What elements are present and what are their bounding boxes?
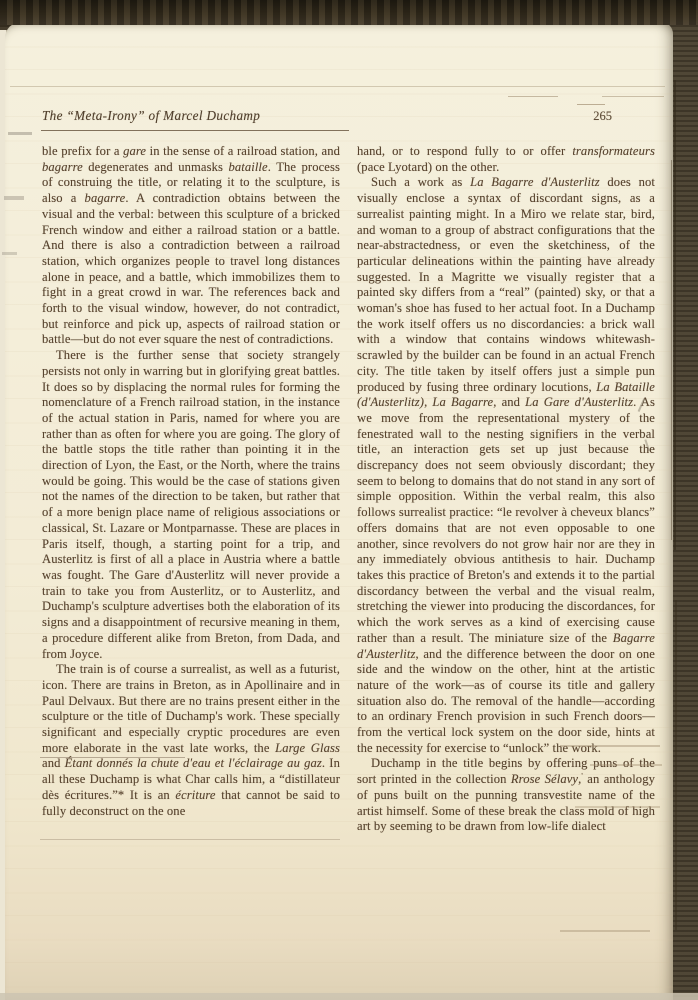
left-column: ble prefix for a gare in the sense of a … bbox=[42, 144, 340, 835]
page-edge-line bbox=[671, 160, 672, 540]
page-edge-line bbox=[674, 80, 676, 550]
paragraph: Such a work as La Bagarre d'Austerlitz d… bbox=[357, 175, 655, 756]
paragraph: hand, or to respond fully to or offer tr… bbox=[357, 144, 655, 175]
text-body: ble prefix for a gare in the sense of a … bbox=[42, 144, 655, 835]
page-number: 265 bbox=[593, 109, 612, 124]
paragraph: There is the further sense that society … bbox=[42, 348, 340, 662]
right-column: hand, or to respond fully to or offer tr… bbox=[357, 144, 655, 835]
page-header: The “Meta-Irony” of Marcel Duchamp 265 bbox=[42, 108, 654, 124]
paragraph: ble prefix for a gare in the sense of a … bbox=[42, 144, 340, 348]
header-rule bbox=[41, 130, 349, 131]
scanned-book-page: The “Meta-Irony” of Marcel Duchamp 265 b… bbox=[0, 0, 698, 1000]
paragraph: Duchamp in the title begins by offering … bbox=[357, 756, 655, 835]
scan-border-top bbox=[0, 0, 698, 25]
paragraph: The train is of course a surrealist, as … bbox=[42, 662, 340, 819]
running-head-title: The “Meta-Irony” of Marcel Duchamp bbox=[42, 108, 260, 124]
book-page: The “Meta-Irony” of Marcel Duchamp 265 b… bbox=[5, 22, 673, 1000]
scan-border-bottom bbox=[0, 993, 698, 1000]
page-edge-line bbox=[675, 600, 677, 930]
